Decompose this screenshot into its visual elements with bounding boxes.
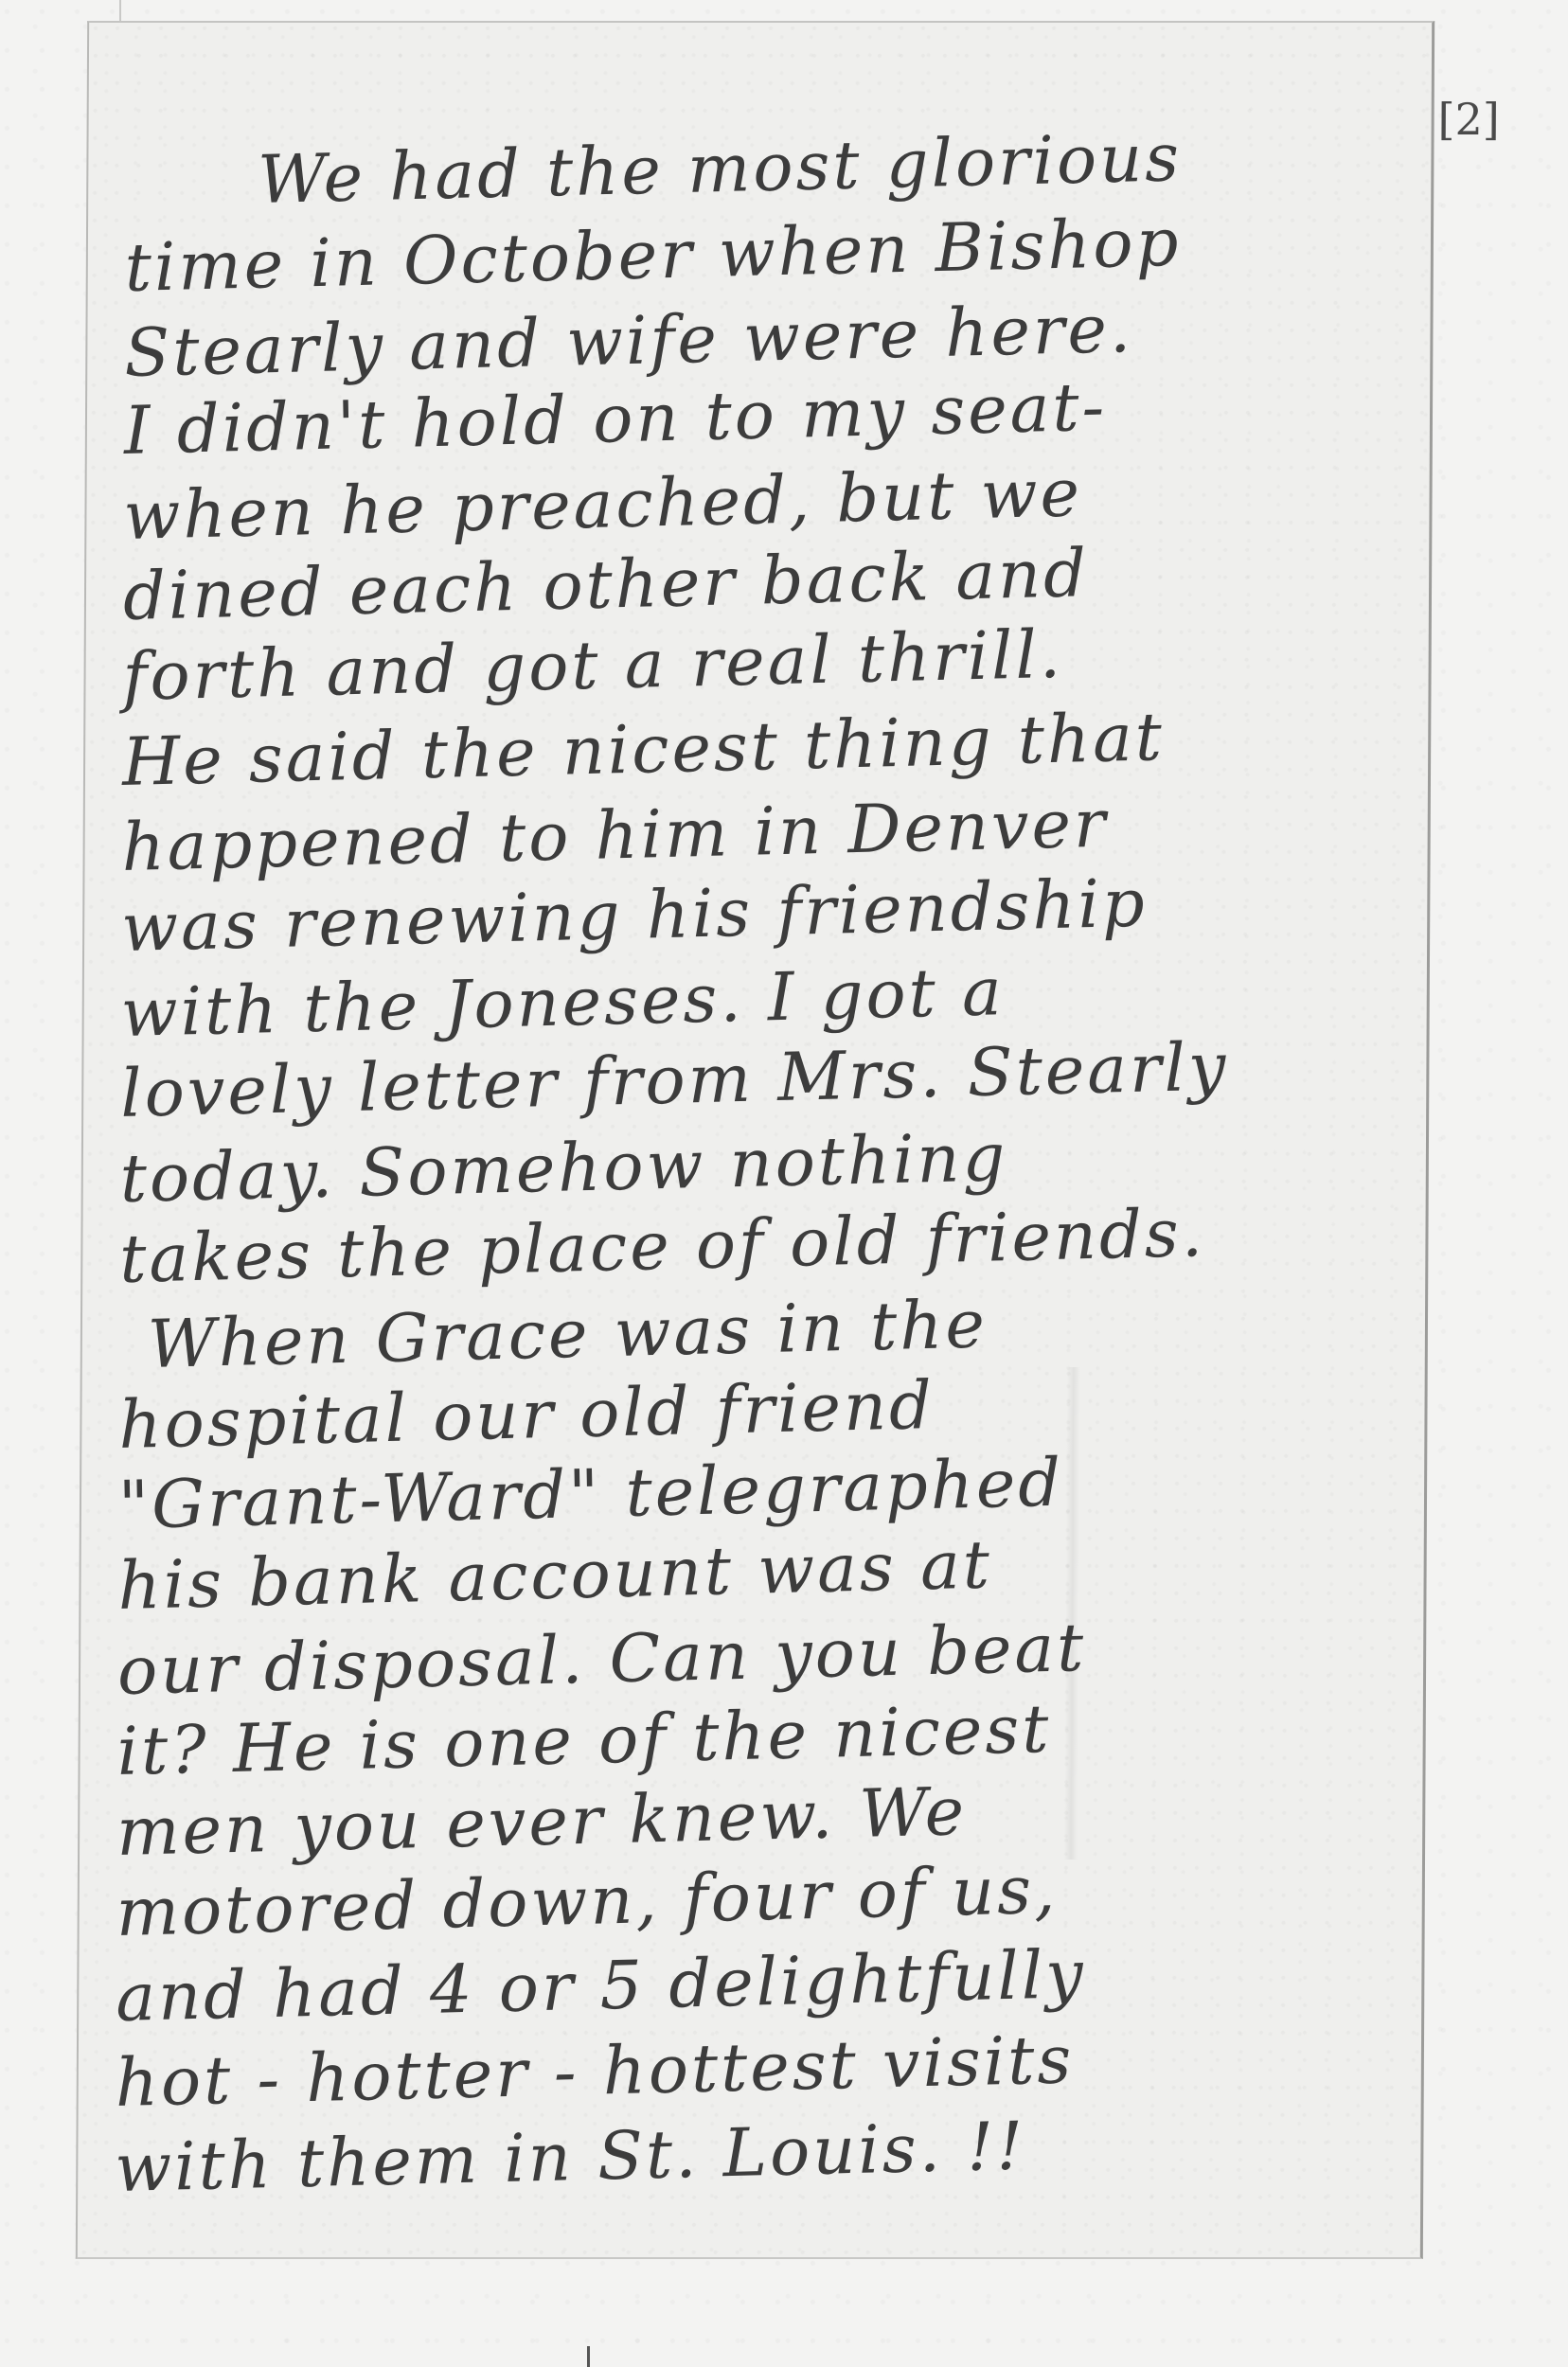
letter-line: with them in St. Louis. !! bbox=[115, 2108, 1027, 2207]
scan-edge-mark bbox=[587, 2346, 590, 2367]
page-marker: [2] bbox=[1438, 94, 1500, 145]
letter-line: and had 4 or 5 delightfully bbox=[115, 1935, 1086, 2037]
scan-edge-mark bbox=[119, 0, 121, 23]
letter-line: time in October when Bishop bbox=[124, 204, 1182, 307]
letter-line: hot - hotter - hottest visits bbox=[115, 2020, 1075, 2122]
letter-line: He said the nicest thing that bbox=[121, 698, 1165, 801]
letter-line: We had the most glorious bbox=[258, 118, 1183, 219]
scan-background: [2] We had the most glorious time in Oct… bbox=[0, 0, 1568, 2367]
letter-sheet: [2] We had the most glorious time in Oct… bbox=[76, 21, 1434, 2259]
